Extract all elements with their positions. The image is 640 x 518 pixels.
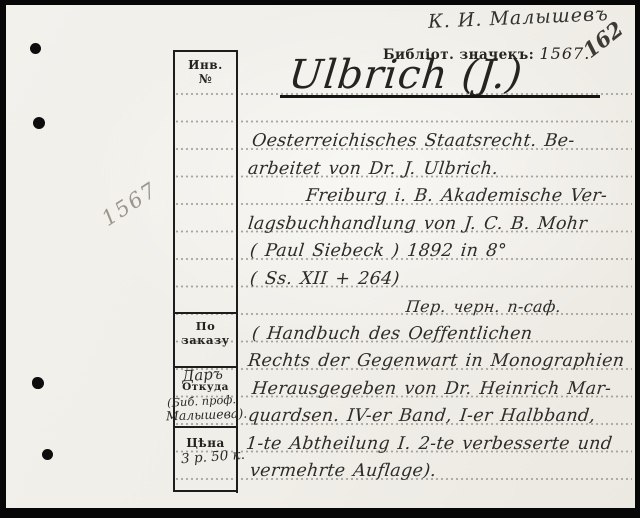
column-top-border	[173, 50, 238, 52]
catalog-line: Oesterreichisches Staatsrecht. Be-	[251, 131, 576, 151]
order-label: По заказу	[175, 319, 236, 347]
inventory-label-line1: Инв.	[175, 58, 236, 72]
catalog-line: vermehrte Auflage).	[249, 461, 437, 481]
catalog-line: Rechts der Gegenwart in Monographien	[247, 351, 626, 371]
punch-hole	[30, 43, 41, 54]
catalog-line: ( Ss. XII + 264)	[249, 269, 401, 289]
column-left-border	[173, 50, 175, 491]
origin-handwritten-source-line2: Малышева).	[166, 406, 248, 424]
scanned-catalog-card-page: К. И. Малышевъ 162 Библіот. значекъ: 156…	[0, 0, 640, 518]
punch-hole	[33, 117, 45, 129]
catalog-line: Freiburg i. B. Akademische Ver-	[305, 186, 608, 206]
order-cell-top-border	[173, 312, 238, 314]
origin-handwritten-gift: Даръ	[181, 365, 223, 386]
inventory-number-label: Инв. №	[175, 58, 236, 86]
price-cell-top-border	[173, 426, 238, 428]
punch-hole	[32, 377, 44, 389]
library-mark-number: 1567.	[539, 44, 590, 63]
author-heading: Ulbrich (J.)	[287, 52, 526, 98]
catalog-line: arbeitet von Dr. J. Ulbrich.	[247, 159, 499, 179]
catalog-line: ( Paul Siebeck ) 1892 in 8°	[249, 241, 508, 261]
catalog-line-binding-note: Пер. черн. п-саф.	[405, 297, 562, 316]
catalog-line: 1-te Abtheilung I. 2-te verbesserte und	[245, 434, 613, 454]
catalog-line: ( Handbuch des Oeffentlichen	[251, 324, 533, 344]
punch-hole	[42, 449, 53, 460]
column-bottom-border	[173, 490, 238, 492]
catalog-line: lagsbuchhandlung von J. C. B. Mohr	[247, 214, 588, 234]
inventory-label-line2: №	[175, 72, 236, 86]
heading-underline	[280, 95, 600, 98]
catalog-line: Herausgegeben von Dr. Heinrich Mar-	[251, 379, 612, 399]
catalog-line: quardsen. IV-er Band, I-er Halbband,	[247, 406, 596, 426]
